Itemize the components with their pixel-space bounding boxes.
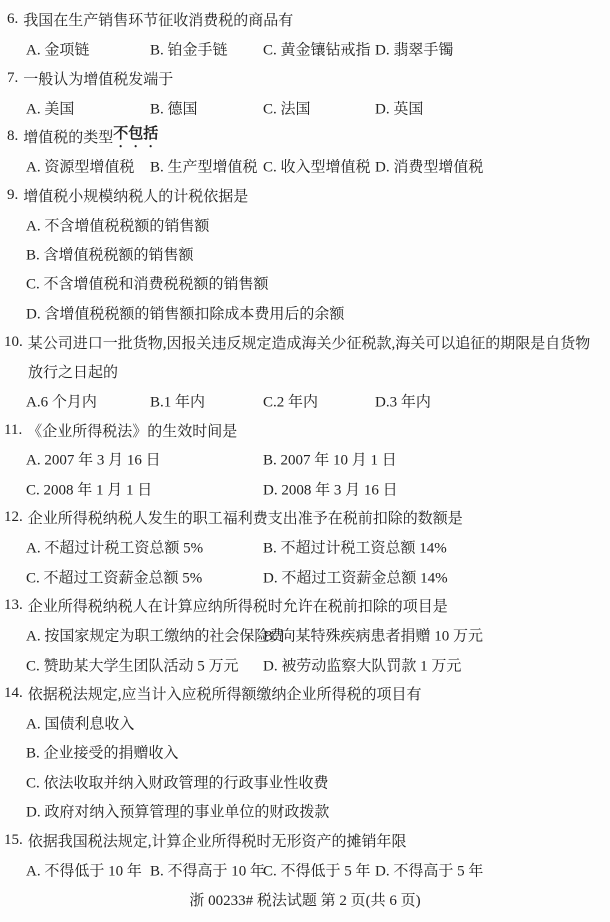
question-11-number: 11. <box>4 422 22 439</box>
page-footer: 浙 00233# 税法试题 第 2 页(共 6 页) <box>0 884 610 913</box>
question-15-option-a: A. 不得低于 10 年 <box>26 859 142 880</box>
question-13-options-row-1: A. 按国家规定为职工缴纳的社会保险费 B. 向某特殊疾病患者捐赠 10 万元 <box>0 621 610 650</box>
question-15-stem: 15. 依据我国税法规定,计算企业所得税时无形资产的摊销年限 <box>0 826 610 855</box>
question-11-option-b: B. 2007 年 10 月 1 日 <box>263 449 397 470</box>
question-9-option-row-a: A. 不含增值税税额的销售额 <box>0 210 610 239</box>
question-15-option-b: B. 不得高于 10 年 <box>150 859 265 880</box>
question-10-option-d: D.3 年内 <box>375 390 431 411</box>
question-6-number: 6. <box>7 11 18 28</box>
question-14-option-d: D. 政府对纳入预算管理的事业单位的财政拨款 <box>26 801 329 822</box>
question-8-option-d: D. 消费型增值税 <box>375 156 483 177</box>
question-7-text: 一般认为增值税发端于 <box>23 68 173 89</box>
question-6-stem: 6. 我国在生产销售环节征收消费税的商品有 <box>0 5 610 34</box>
question-13-options-row-2: C. 赞助某大学生团队活动 5 万元 D. 被劳动监察大队罚款 1 万元 <box>0 650 610 679</box>
question-6-text: 我国在生产销售环节征收消费税的商品有 <box>23 9 293 30</box>
question-6-option-a: A. 金项链 <box>26 38 89 59</box>
question-9-text: 增值税小规模纳税人的计税依据是 <box>23 185 248 206</box>
question-9-option-c: C. 不含增值税和消费税税额的销售额 <box>26 273 269 294</box>
question-9-stem: 9. 增值税小规模纳税人的计税依据是 <box>0 181 610 210</box>
question-12-option-a: A. 不超过计税工资总额 5% <box>26 537 203 558</box>
question-14-number: 14. <box>4 685 23 702</box>
question-9-option-row-c: C. 不含增值税和消费税税额的销售额 <box>0 269 610 298</box>
question-11-options-row-2: C. 2008 年 1 月 1 日 D. 2008 年 3 月 16 日 <box>0 474 610 503</box>
question-7-option-b: B. 德国 <box>150 97 198 118</box>
question-8-text: 增值税的类型 <box>23 126 113 147</box>
question-12: 12. 企业所得税纳税人发生的职工福利费支出准予在税前扣除的数额是 A. 不超过… <box>0 503 610 591</box>
question-8-option-b: B. 生产型增值税 <box>150 156 258 177</box>
question-13: 13. 企业所得税纳税人在计算应纳所得税时允许在税前扣除的项目是 A. 按国家规… <box>0 591 610 679</box>
question-8-option-a: A. 资源型增值税 <box>26 156 134 177</box>
question-12-options-row-1: A. 不超过计税工资总额 5% B. 不超过计税工资总额 14% <box>0 533 610 562</box>
question-12-options-row-2: C. 不超过工资薪金总额 5% D. 不超过工资薪金总额 14% <box>0 562 610 591</box>
question-12-stem: 12. 企业所得税纳税人发生的职工福利费支出准予在税前扣除的数额是 <box>0 503 610 532</box>
question-10-option-a: A.6 个月内 <box>26 390 97 411</box>
question-7-option-d: D. 英国 <box>375 97 423 118</box>
question-11-option-c: C. 2008 年 1 月 1 日 <box>26 478 152 499</box>
question-11-stem: 11. 《企业所得税法》的生效时间是 <box>0 415 610 444</box>
question-14-text: 依据税法规定,应当计入应税所得额缴纳企业所得税的项目有 <box>28 683 422 704</box>
question-8: 8. 增值税的类型 不包括 A. 资源型增值税 B. 生产型增值税 C. 收入型… <box>0 122 610 181</box>
question-15-text: 依据我国税法规定,计算企业所得税时无形资产的摊销年限 <box>28 830 407 851</box>
question-7-number: 7. <box>7 70 18 87</box>
question-15-number: 15. <box>4 832 23 849</box>
question-14-stem: 14. 依据税法规定,应当计入应税所得额缴纳企业所得税的项目有 <box>0 679 610 708</box>
question-12-text: 企业所得税纳税人发生的职工福利费支出准予在税前扣除的数额是 <box>28 507 463 528</box>
question-6-option-b: B. 铂金手链 <box>150 38 228 59</box>
question-15-options: A. 不得低于 10 年 B. 不得高于 10 年 C. 不得低于 5 年 D.… <box>0 855 610 884</box>
question-13-option-c: C. 赞助某大学生团队活动 5 万元 <box>26 654 239 675</box>
page-footer-text: 浙 00233# 税法试题 第 2 页(共 6 页) <box>189 889 420 910</box>
question-9: 9. 增值税小规模纳税人的计税依据是 A. 不含增值税税额的销售额 B. 含增值… <box>0 181 610 328</box>
question-10-options: A.6 个月内 B.1 年内 C.2 年内 D.3 年内 <box>0 386 610 415</box>
question-6-option-c: C. 黄金镶钻戒指 <box>263 38 371 59</box>
exam-document-page: 6. 我国在生产销售环节征收消费税的商品有 A. 金项链 B. 铂金手链 C. … <box>0 0 610 922</box>
question-10-number: 10. <box>4 334 23 351</box>
question-10-option-c: C.2 年内 <box>263 390 318 411</box>
question-10-option-b: B.1 年内 <box>150 390 205 411</box>
question-11-option-a: A. 2007 年 3 月 16 日 <box>26 449 161 470</box>
question-9-option-d: D. 含增值税税额的销售额扣除成本费用后的余额 <box>26 302 344 323</box>
question-10-stem: 10. 某公司进口一批货物,因报关违反规定造成海关少征税款,海关可以追征的期限是… <box>0 327 610 356</box>
question-14-option-row-a: A. 国债利息收入 <box>0 709 610 738</box>
question-7-option-a: A. 美国 <box>26 97 74 118</box>
question-6-option-d: D. 翡翠手镯 <box>375 38 453 59</box>
question-14-option-row-c: C. 依法收取并纳入财政管理的行政事业性收费 <box>0 767 610 796</box>
question-9-option-row-d: D. 含增值税税额的销售额扣除成本费用后的余额 <box>0 298 610 327</box>
question-15-option-d: D. 不得高于 5 年 <box>375 859 483 880</box>
question-7-stem: 7. 一般认为增值税发端于 <box>0 64 610 93</box>
question-10: 10. 某公司进口一批货物,因报关违反规定造成海关少征税款,海关可以追征的期限是… <box>0 327 610 415</box>
question-13-number: 13. <box>4 597 23 614</box>
question-6-options: A. 金项链 B. 铂金手链 C. 黄金镶钻戒指 D. 翡翠手镯 <box>0 34 610 63</box>
question-15: 15. 依据我国税法规定,计算企业所得税时无形资产的摊销年限 A. 不得低于 1… <box>0 826 610 885</box>
question-13-option-a: A. 按国家规定为职工缴纳的社会保险费 <box>26 625 284 646</box>
question-12-option-d: D. 不超过工资薪金总额 14% <box>263 566 448 587</box>
question-14-option-a: A. 国债利息收入 <box>26 713 134 734</box>
question-15-option-c: C. 不得低于 5 年 <box>263 859 371 880</box>
question-10-stem-continuation: 放行之日起的 <box>0 357 610 386</box>
question-10-text: 某公司进口一批货物,因报关违反规定造成海关少征税款,海关可以追征的期限是自货物 <box>28 332 591 353</box>
question-8-stem: 8. 增值税的类型 不包括 <box>0 122 610 151</box>
question-12-option-b: B. 不超过计税工资总额 14% <box>263 537 447 558</box>
question-10-text-2: 放行之日起的 <box>28 361 118 382</box>
question-8-options: A. 资源型增值税 B. 生产型增值税 C. 收入型增值税 D. 消费型增值税 <box>0 152 610 181</box>
question-11-option-d: D. 2008 年 3 月 16 日 <box>263 478 398 499</box>
question-8-option-c: C. 收入型增值税 <box>263 156 371 177</box>
question-9-number: 9. <box>7 187 18 204</box>
question-13-option-d: D. 被劳动监察大队罚款 1 万元 <box>263 654 461 675</box>
question-12-option-c: C. 不超过工资薪金总额 5% <box>26 566 202 587</box>
question-7-option-c: C. 法国 <box>263 97 311 118</box>
question-9-option-row-b: B. 含增值税税额的销售额 <box>0 240 610 269</box>
question-14: 14. 依据税法规定,应当计入应税所得额缴纳企业所得税的项目有 A. 国债利息收… <box>0 679 610 826</box>
question-9-option-a: A. 不含增值税税额的销售额 <box>26 214 209 235</box>
question-13-option-b: B. 向某特殊疾病患者捐赠 10 万元 <box>263 625 483 646</box>
question-14-option-row-d: D. 政府对纳入预算管理的事业单位的财政拨款 <box>0 796 610 825</box>
question-6: 6. 我国在生产销售环节征收消费税的商品有 A. 金项链 B. 铂金手链 C. … <box>0 5 610 64</box>
question-11-text: 《企业所得税法》的生效时间是 <box>27 420 237 441</box>
question-8-number: 8. <box>7 128 18 145</box>
question-13-text: 企业所得税纳税人在计算应纳所得税时允许在税前扣除的项目是 <box>28 595 448 616</box>
question-7-options: A. 美国 B. 德国 C. 法国 D. 英国 <box>0 93 610 122</box>
question-14-option-row-b: B. 企业接受的捐赠收入 <box>0 738 610 767</box>
question-8-text-emphasis: 不包括 <box>113 122 158 151</box>
question-12-number: 12. <box>4 509 23 526</box>
question-9-option-b: B. 含增值税税额的销售额 <box>26 244 194 265</box>
question-7: 7. 一般认为增值税发端于 A. 美国 B. 德国 C. 法国 D. 英国 <box>0 64 610 123</box>
question-14-option-c: C. 依法收取并纳入财政管理的行政事业性收费 <box>26 771 329 792</box>
question-14-option-b: B. 企业接受的捐赠收入 <box>26 742 179 763</box>
question-13-stem: 13. 企业所得税纳税人在计算应纳所得税时允许在税前扣除的项目是 <box>0 591 610 620</box>
question-11-options-row-1: A. 2007 年 3 月 16 日 B. 2007 年 10 月 1 日 <box>0 445 610 474</box>
question-11: 11. 《企业所得税法》的生效时间是 A. 2007 年 3 月 16 日 B.… <box>0 415 610 503</box>
